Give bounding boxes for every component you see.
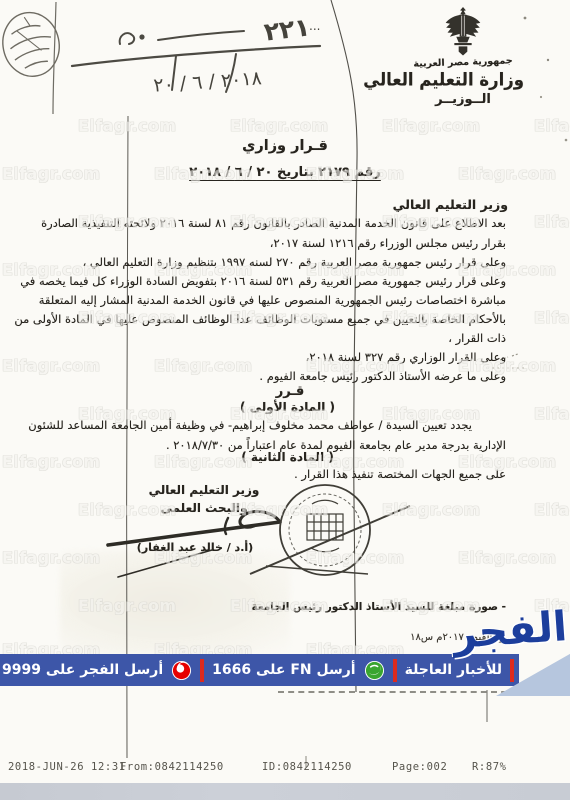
ticker-separator (393, 659, 397, 682)
article1-line: يجدد تعيين السيدة / عواطف محمد مخلوف إبر… (28, 418, 472, 432)
handwritten-dots: ... (309, 19, 320, 33)
logo-text: الفجر (451, 602, 568, 658)
preamble-line: بعد الاطلاع على قانون الخدمة المدنية الص… (41, 216, 506, 230)
decree-number-line: رقم ٢١٧٩ بتاريخ ٢٠ / ٦ / ٢٠١٨ (150, 165, 420, 180)
ticker-item-text: أرسل FN على 1666 (212, 662, 355, 678)
fax-id: ID:0842114250 (262, 761, 352, 773)
letterhead-minister: الــوزيــر (402, 92, 524, 107)
fax-resolution: R:87% (472, 761, 507, 773)
egypt-eagle-emblem-icon (443, 6, 483, 56)
preamble-line: بقرار رئيس مجلس الوزراء رقم ١٢١٦ لسنة ٢٠… (270, 236, 506, 250)
fax-from: From:0842114250 (120, 761, 224, 773)
decree-issuer: وزير التعليم العالي (393, 197, 508, 212)
handwritten-number: ٢٢١ (262, 12, 311, 46)
ticker-label: للأخبار العاجلة (405, 662, 502, 678)
ticker-item-text: أرسل الفجر على 9999 (2, 662, 163, 678)
office-round-stamp-icon (0, 4, 66, 84)
etisalat-icon (364, 660, 385, 681)
decree-title: قـرار وزاري (185, 138, 385, 154)
fax-page: Page:002 (392, 761, 447, 773)
vodafone-icon (171, 660, 192, 681)
preamble-line: وعلى ما عرضه الأستاذ الدكتور رئيس جامعة … (259, 369, 506, 383)
preamble-line: وعلى القرار الوزاري رقم ٣٢٧ لسنة ٢٠١٨، (306, 350, 506, 364)
article2-heading: ( المادة الثانية ) (205, 450, 370, 464)
preamble-line: مباشرة اختصاصات رئيس الجمهورية المنصوص ع… (39, 293, 506, 307)
handwritten-registration-note: ٢٢١ ... ٢٠١٨ / ٦ / ٢٠ (58, 4, 338, 100)
letterhead-ministry: وزارة التعليم العالي (402, 69, 524, 89)
news-ticker-banner: للأخبار العاجلة أرسل FN على 1666 أرسل ال… (0, 654, 519, 686)
ministry-round-stamp-icon (248, 478, 418, 588)
preamble-line: بالأحكام الخاصة بالتعيين في جميع مستويات… (14, 312, 506, 326)
decision-word: قـرر (235, 384, 345, 399)
scanned-decree-page: ٢٢١ ... ٢٠١٨ / ٦ / ٢٠ جمهورية مصر العربي… (0, 0, 570, 800)
ticker-separator (200, 659, 204, 682)
bottom-scan-strip (0, 783, 570, 800)
fax-datetime: 2018-JUN-26 12:31 (8, 761, 126, 773)
article1-heading: ( المادة الأولى ) (205, 400, 370, 414)
preamble-line: وعلى قرار رئيس جمهورية مصر العربية رقم ٢… (83, 255, 506, 269)
letterhead: جمهورية مصر العربية وزارة التعليم العالي… (402, 6, 524, 107)
preamble-line: وعلى قرار رئيس جمهورية مصر العربية رقم ٥… (20, 274, 506, 288)
elfagr-logo: الفجر (496, 608, 570, 700)
preamble-line: ذات القرار ، (448, 331, 506, 345)
handwritten-date: ٢٠١٨ / ٦ / ٢٠ (153, 67, 263, 97)
letterhead-republic: جمهورية مصر العربية (402, 55, 524, 70)
